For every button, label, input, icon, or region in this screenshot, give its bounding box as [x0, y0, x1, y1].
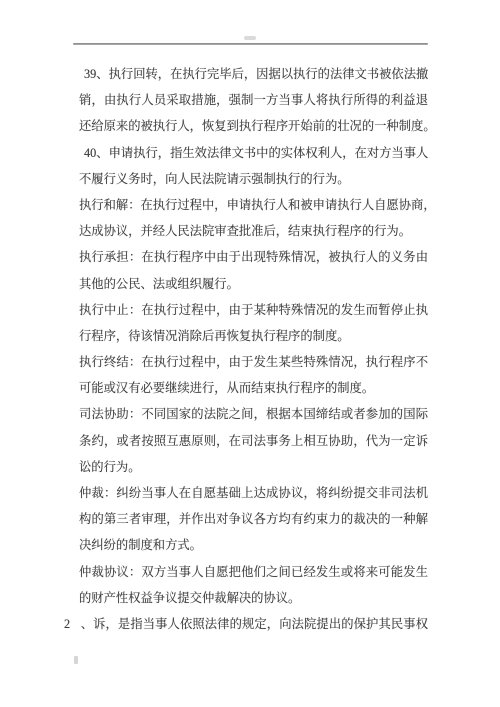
line-text: 可能或汉有必要继续进行，从而结束执行程序的制度。	[79, 381, 374, 395]
doc-line: 的财产性权益争议提交仲裁解决的协议。	[79, 585, 428, 611]
doc-line: 销，由执行人员采取措施，强制一方当事人将执行所得的利益退	[79, 87, 428, 113]
line-text: 执行终结：在执行过程中，由于发生某些特殊情况，执行程序不	[79, 355, 428, 369]
doc-line: 执行和解：在执行过程中，申请执行人和被申请执行人自愿协商，	[79, 192, 428, 218]
doc-line: 行程序，待该情况消除后再恢复执行程序的制度。	[79, 323, 428, 349]
doc-line: 2、诉，是指当事人依照法律的规定，向法院提出的保护其民事权	[64, 611, 428, 637]
line-text: 诉，是指当事人依照法律的规定，向法院提出的保护其民事权	[93, 617, 428, 631]
doc-line: 讼的行为。	[79, 454, 428, 480]
doc-line: 条约，或者按照互惠原则，在司法事务上相互协助，代为一定诉	[79, 428, 428, 454]
line-text: 还给原来的被执行人，恢复到执行程序开始前的壮况的一种制度。	[79, 119, 436, 133]
doc-line: 仲裁协议：双方当事人自愿把他们之间已经发生或将来可能发生	[79, 559, 428, 585]
doc-line: 执行终结：在执行过程中，由于发生某些特殊情况，执行程序不	[79, 349, 428, 375]
line-text: 39、执行回转，在执行完毕后，因据以执行的法律文书被依法撤	[84, 67, 428, 81]
document-page: 39、执行回转，在执行完毕后，因据以执行的法律文书被依法撤 销，由执行人员采取措…	[0, 0, 500, 707]
doc-line: 构的第三者审理，并作出对争议各方均有约束力的裁决的一种解	[79, 506, 428, 532]
line-text: 条约，或者按照互惠原则，在司法事务上相互协助，代为一定诉	[79, 434, 428, 448]
line-text: 决纠纷的制度和方式。	[79, 538, 202, 552]
document-body: 39、执行回转，在执行完毕后，因据以执行的法律文书被依法撤 销，由执行人员采取措…	[79, 61, 428, 637]
line-text: 不履行义务时，向人民法院请示强制执行的行为。	[79, 172, 350, 186]
line-text: 40、申请执行，指生效法律文书中的实体权利人，在对方当事人	[84, 146, 428, 160]
line-text: 构的第三者审理，并作出对争议各方均有约束力的裁决的一种解	[79, 512, 428, 526]
doc-line: 执行承担：在执行程序中由于出现特殊情况，被执行人的义务由	[79, 244, 428, 270]
line-text: 的财产性权益争议提交仲裁解决的协议。	[79, 591, 300, 605]
line-text: 达成协议，并经人民法院审查批准后，结束执行程序的行为。	[79, 224, 411, 238]
doc-line: 39、执行回转，在执行完毕后，因据以执行的法律文书被依法撤	[79, 61, 428, 87]
doc-line: 还给原来的被执行人，恢复到执行程序开始前的壮况的一种制度。	[79, 113, 428, 139]
doc-line: 达成协议，并经人民法院审查批准后，结束执行程序的行为。	[79, 218, 428, 244]
doc-line: 可能或汉有必要继续进行，从而结束执行程序的制度。	[79, 375, 428, 401]
doc-line: 执行中止：在执行过程中，由于某种特殊情况的发生而暂停止执	[79, 297, 428, 323]
line-text: 执行中止：在执行过程中，由于某种特殊情况的发生而暂停止执	[79, 303, 428, 317]
scan-artifact-top	[244, 36, 256, 40]
doc-line: 司法协助：不同国家的法院之间，根据本国缔结或者参加的国际	[79, 401, 428, 427]
line-text: 执行和解：在执行过程中，申请执行人和被申请执行人自愿协商，	[79, 198, 436, 212]
list-number: 2、	[64, 611, 93, 637]
doc-line: 其他的公民、法或组织履行。	[79, 271, 428, 297]
doc-line: 不履行义务时，向人民法院请示强制执行的行为。	[79, 166, 428, 192]
line-text: 仲裁协议：双方当事人自愿把他们之间已经发生或将来可能发生	[79, 565, 428, 579]
line-text: 执行承担：在执行程序中由于出现特殊情况，被执行人的义务由	[79, 250, 428, 264]
header-rule	[73, 43, 428, 45]
doc-line: 40、申请执行，指生效法律文书中的实体权利人，在对方当事人	[79, 140, 428, 166]
doc-line: 决纠纷的制度和方式。	[79, 532, 428, 558]
scan-artifact-bottom	[74, 656, 78, 664]
line-text: 其他的公民、法或组织履行。	[79, 277, 239, 291]
line-text: 仲裁：纠纷当事人在自愿基础上达成协议，将纠纷提交非司法机	[79, 486, 428, 500]
line-text: 销，由执行人员采取措施，强制一方当事人将执行所得的利益退	[79, 93, 428, 107]
line-text: 司法协助：不同国家的法院之间，根据本国缔结或者参加的国际	[79, 407, 428, 421]
line-text: 行程序，待该情况消除后再恢复执行程序的制度。	[79, 329, 350, 343]
line-text: 讼的行为。	[79, 460, 141, 474]
doc-line: 仲裁：纠纷当事人在自愿基础上达成协议，将纠纷提交非司法机	[79, 480, 428, 506]
